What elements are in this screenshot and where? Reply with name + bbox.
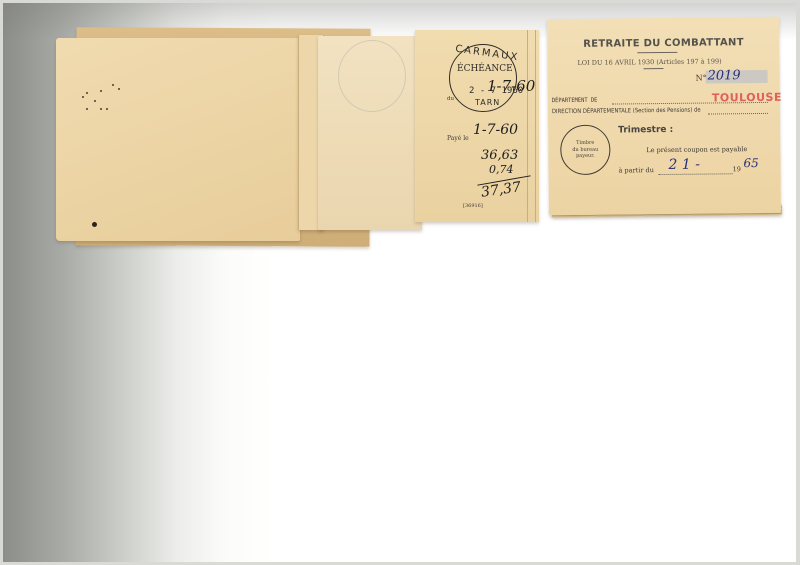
- from-date-label: à partir du: [619, 166, 654, 174]
- perforation: [106, 108, 108, 110]
- department-label: DÉPARTEMENT DE: [552, 97, 598, 104]
- perforation: [94, 100, 96, 102]
- pension-coupon: RETRAITE DU COMBATTANT LOI DU 16 AVRIL 1…: [547, 17, 781, 215]
- perforation-line: [527, 30, 528, 222]
- perforation: [112, 84, 114, 86]
- ink-dot: [92, 222, 97, 227]
- due-label: du: [447, 96, 454, 102]
- coupon-title: RETRAITE DU COMBATTANT: [583, 37, 744, 50]
- direction-label: DIRECTION DÉPARTEMENTALE (Section des Pe…: [552, 107, 701, 116]
- year-value: 65: [743, 156, 758, 170]
- perforation-line: [535, 30, 536, 222]
- amount-1: 36,63: [481, 148, 518, 163]
- year-prefix: 19: [733, 165, 741, 173]
- faint-stamp-impression: [338, 40, 406, 112]
- law-rule: [643, 68, 663, 69]
- coupon-number: 2019: [708, 68, 741, 83]
- reference-code: [36916]: [463, 203, 483, 209]
- perforation: [86, 92, 88, 94]
- paying-office-stamp-circle: Timbre du bureau payeur.: [560, 125, 611, 176]
- from-date-value: 2 1 -: [668, 157, 700, 173]
- paid-label: Payé le: [447, 135, 469, 142]
- perforation: [86, 108, 88, 110]
- perforation: [82, 96, 84, 98]
- payable-text: Le présent coupon est payable: [646, 145, 747, 154]
- law-reference: LOI DU 16 AVRIL 1930 (Articles 197 à 199…: [577, 57, 721, 67]
- booklet-front-cover: [56, 38, 300, 241]
- timbre-text: Timbre du bureau payeur.: [572, 140, 598, 160]
- city-stamp: TOULOUSE: [712, 91, 782, 105]
- title-rule: [637, 52, 677, 53]
- coupon-stub: CARMAUX ÉCHÉANCE 2 - 7 1960 TARN du 1-7-…: [415, 30, 539, 222]
- dotted-line: [659, 173, 733, 175]
- dotted-line: [708, 113, 768, 115]
- booklet-stub-page: [318, 36, 422, 230]
- perforation: [118, 88, 120, 90]
- amount-2: 0,74: [489, 163, 514, 176]
- trimestre-label: Trimestre :: [618, 125, 673, 136]
- postmark-dept: TARN: [475, 98, 500, 107]
- perforation: [100, 108, 102, 110]
- perforation: [100, 90, 102, 92]
- due-value: 1-7-60: [487, 77, 535, 95]
- echeance-label: ÉCHÉANCE: [457, 64, 513, 74]
- number-label: N°: [696, 74, 707, 83]
- paid-value: 1-7-60: [473, 122, 518, 138]
